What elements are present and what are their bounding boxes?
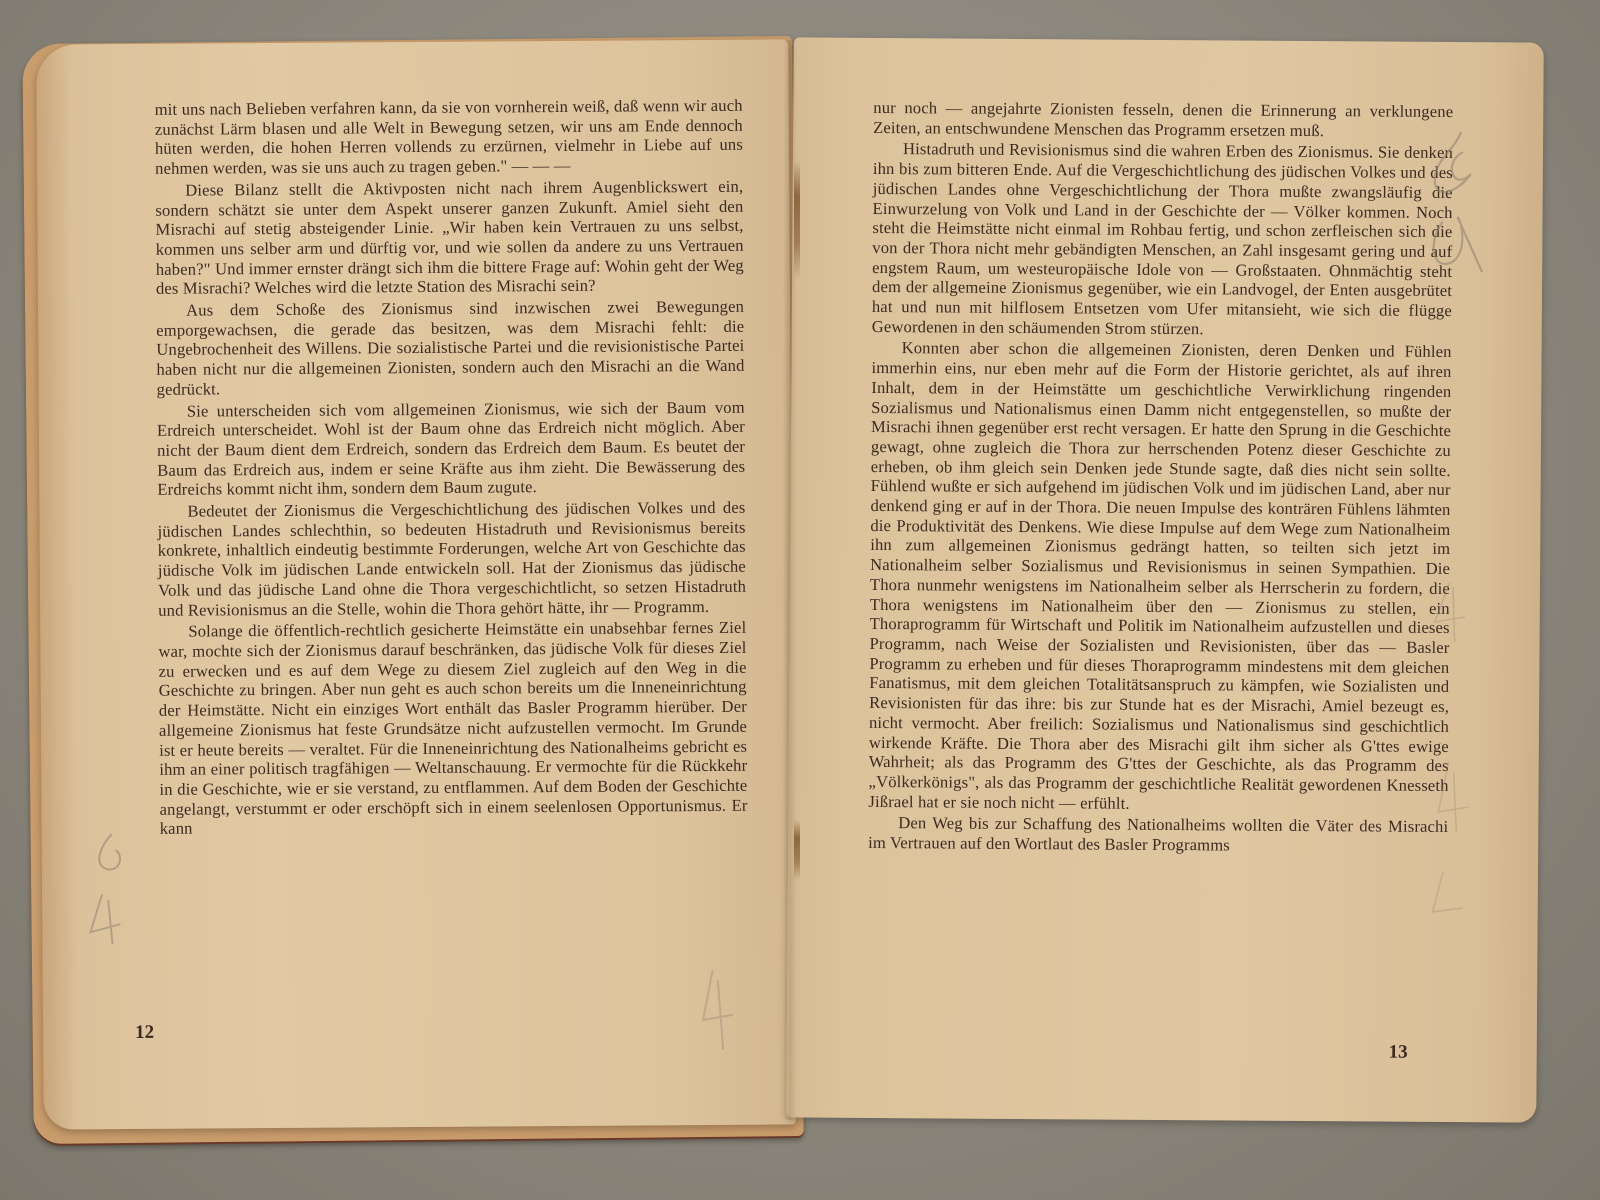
left-page-body: mit uns nach Belieben verfahren kann, da… xyxy=(155,96,748,839)
pencil-mark-icon xyxy=(1412,122,1503,293)
left-page: mit uns nach Belieben verfahren kann, da… xyxy=(36,39,796,1129)
paragraph: mit uns nach Belieben verfahren kann, da… xyxy=(155,96,744,179)
binding-stain xyxy=(794,160,800,280)
paragraph: Den Weg bis zur Schaffung des Nationalhe… xyxy=(868,813,1448,856)
page-number-left: 12 xyxy=(135,1022,154,1044)
paragraph: Diese Bilanz stellt die Aktivposten nich… xyxy=(155,177,744,299)
paragraph: Bedeutet der Zionismus die Vergeschichtl… xyxy=(157,498,746,620)
paragraph: nur noch — angejahrte Zionisten fesseln,… xyxy=(873,98,1453,141)
open-booklet: mit uns nach Belieben verfahren kann, da… xyxy=(0,0,1600,1200)
pencil-mark-icon xyxy=(693,960,754,1080)
paragraph: Solange die öffentlich-rechtlich gesiche… xyxy=(158,618,747,839)
paragraph: Sie unterscheiden sich vom allgemeinen Z… xyxy=(157,397,746,500)
page-number-right: 13 xyxy=(1389,1042,1408,1064)
binding-stain xyxy=(794,820,800,880)
paragraph: Histadruth und Revisionismus sind die wa… xyxy=(872,139,1453,340)
right-page: nur noch — angejahrte Zionisten fesseln,… xyxy=(786,37,1544,1122)
paragraph: Aus dem Schoße des Zionismus sind inzwis… xyxy=(156,297,745,400)
paragraph: Konnten aber schon die allgemeinen Zioni… xyxy=(868,338,1451,815)
right-page-body: nur noch — angejahrte Zionisten fesseln,… xyxy=(868,98,1453,857)
pencil-mark-icon xyxy=(1418,572,1491,932)
pencil-mark-icon xyxy=(72,814,133,954)
